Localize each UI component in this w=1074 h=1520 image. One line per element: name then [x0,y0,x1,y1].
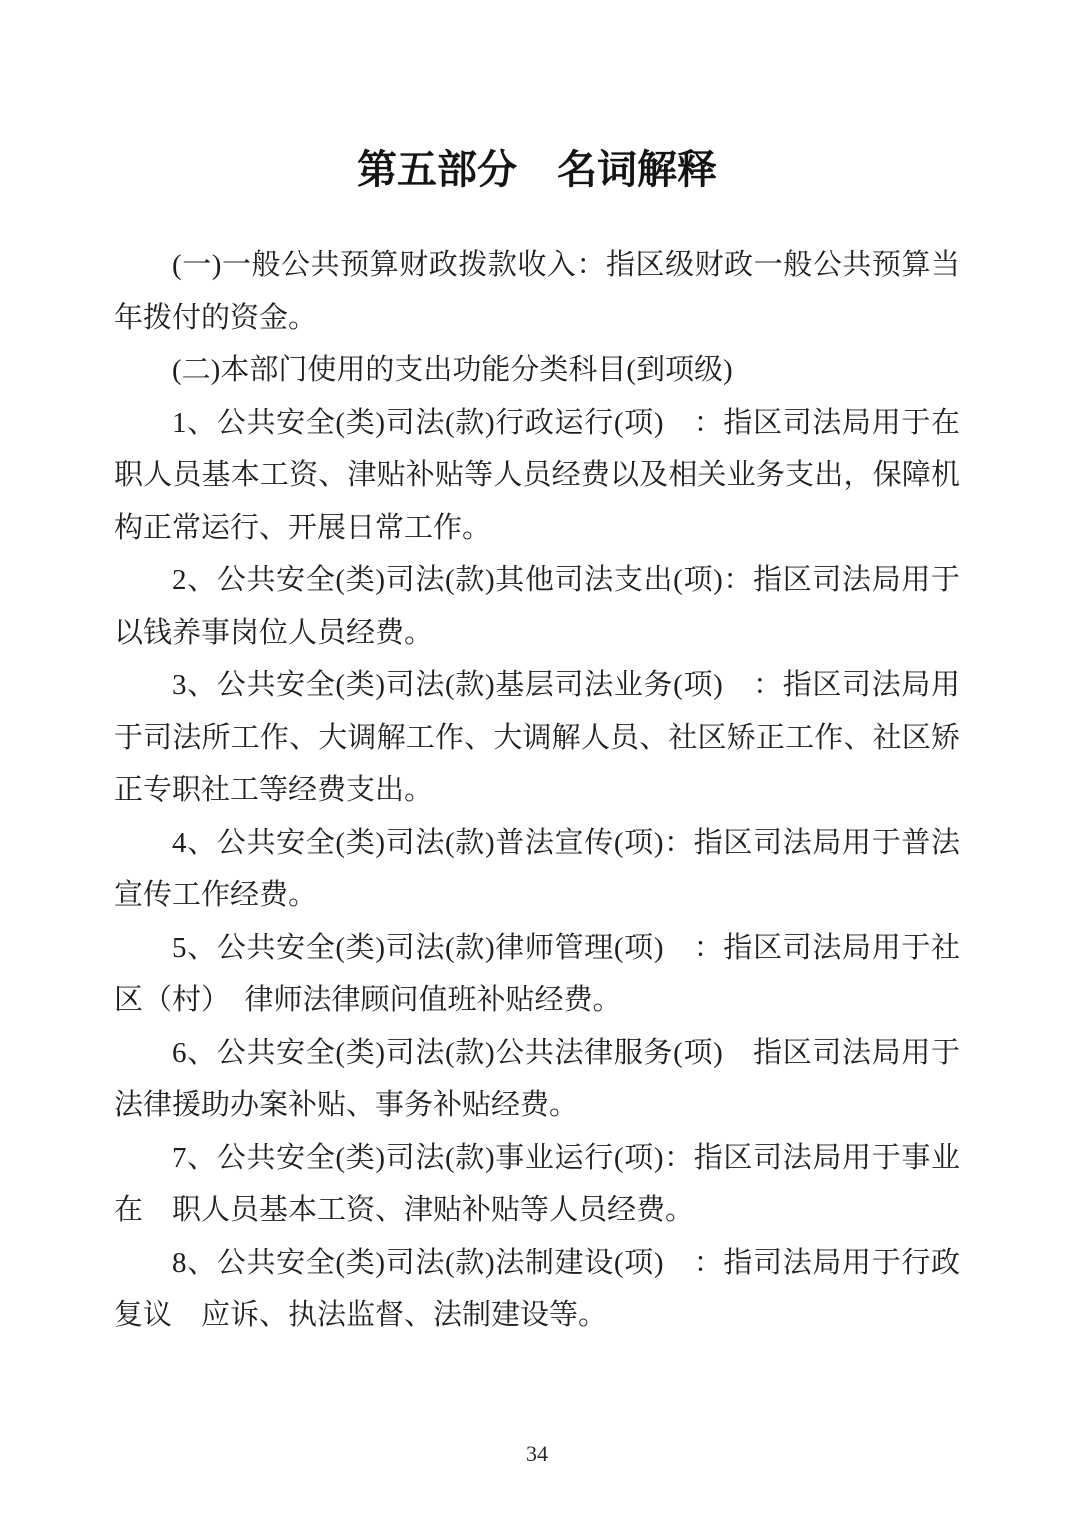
text-line: 复议 应诉、执法监督、法制建设等。 [114,1289,960,1342]
text-line: 法律援助办案补贴、事务补贴经费。 [114,1079,960,1132]
paragraph: (一)一般公共预算财政拨款收入：指区级财政一般公共预算当年拨付的资金。 [114,239,960,344]
document-body: (一)一般公共预算财政拨款收入：指区级财政一般公共预算当年拨付的资金。(二)本部… [114,239,960,1342]
text-line: 2、公共安全(类)司法(款)其他司法支出(项)：指区司法局用于 [114,554,960,607]
text-line: 区（村） 律师法律顾问值班补贴经费。 [114,974,960,1027]
paragraph: 4、公共安全(类)司法(款)普法宣传(项)：指区司法局用于普法宣传工作经费。 [114,817,960,922]
text-line: 4、公共安全(类)司法(款)普法宣传(项)：指区司法局用于普法 [114,817,960,870]
text-line: 在 职人员基本工资、津贴补贴等人员经费。 [114,1184,960,1237]
document-page: 第五部分 名词解释 (一)一般公共预算财政拨款收入：指区级财政一般公共预算当年拨… [0,0,1074,1520]
text-line: 宣传工作经费。 [114,869,960,922]
text-line: 年拨付的资金。 [114,292,960,345]
text-line: 构正常运行、开展日常工作。 [114,502,960,555]
text-line: 正专职社工等经费支出。 [114,764,960,817]
text-line: 3、公共安全(类)司法(款)基层司法业务(项) ：指区司法局用 [114,659,960,712]
text-line: (一)一般公共预算财政拨款收入：指区级财政一般公共预算当 [114,239,960,292]
page-number: 34 [0,1441,1074,1467]
paragraph: 2、公共安全(类)司法(款)其他司法支出(项)：指区司法局用于以钱养事岗位人员经… [114,554,960,659]
text-line: 职人员基本工资、津贴补贴等人员经费以及相关业务支出，保障机 [114,449,960,502]
text-line: 6、公共安全(类)司法(款)公共法律服务(项) 指区司法局用于 [114,1027,960,1080]
paragraph: 7、公共安全(类)司法(款)事业运行(项)：指区司法局用于事业在 职人员基本工资… [114,1132,960,1237]
page-title: 第五部分 名词解释 [0,139,1074,201]
paragraph: (二)本部门使用的支出功能分类科目(到项级) [114,344,960,397]
text-line: 1、公共安全(类)司法(款)行政运行(项) ：指区司法局用于在 [114,397,960,450]
paragraph: 8、公共安全(类)司法(款)法制建设(项) ：指司法局用于行政复议 应诉、执法监… [114,1237,960,1342]
text-line: 以钱养事岗位人员经费。 [114,607,960,660]
text-line: 5、公共安全(类)司法(款)律师管理(项) ：指区司法局用于社 [114,922,960,975]
paragraph: 1、公共安全(类)司法(款)行政运行(项) ：指区司法局用于在职人员基本工资、津… [114,397,960,555]
text-line: 8、公共安全(类)司法(款)法制建设(项) ：指司法局用于行政 [114,1237,960,1290]
paragraph: 3、公共安全(类)司法(款)基层司法业务(项) ：指区司法局用于司法所工作、大调… [114,659,960,817]
text-line: 于司法所工作、大调解工作、大调解人员、社区矫正工作、社区矫 [114,712,960,765]
text-line: (二)本部门使用的支出功能分类科目(到项级) [114,344,960,397]
text-line: 7、公共安全(类)司法(款)事业运行(项)：指区司法局用于事业 [114,1132,960,1185]
paragraph: 5、公共安全(类)司法(款)律师管理(项) ：指区司法局用于社区（村） 律师法律… [114,922,960,1027]
paragraph: 6、公共安全(类)司法(款)公共法律服务(项) 指区司法局用于法律援助办案补贴、… [114,1027,960,1132]
